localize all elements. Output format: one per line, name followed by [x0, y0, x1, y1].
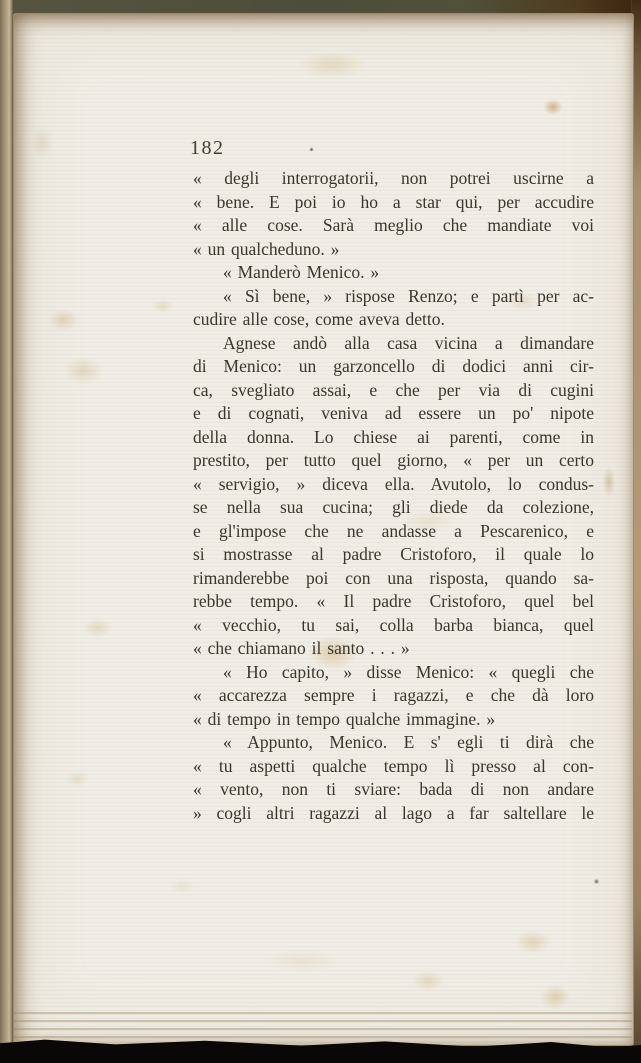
page-stack-left-edge: [0, 0, 13, 1063]
book-scan: 182 « degli interrogatorii, non potrei u…: [0, 0, 641, 1063]
text-line: della donna. Lo chiese ai parenti, come …: [193, 426, 594, 450]
text-line: Agnese andò alla casa vicina a dimandare: [193, 332, 594, 356]
text-line: « tu aspetti qualche tempo lì presso al …: [193, 755, 594, 779]
text-line: e gl'impose che ne andasse a Pescarenico…: [193, 520, 594, 544]
text-line: » cogli altri ragazzi al lago a far salt…: [193, 802, 594, 826]
page-number: 182: [190, 137, 225, 160]
text-line: « di tempo in tempo qualche immagine. »: [193, 708, 594, 732]
text-line: rebbe tempo. « Il padre Cristoforo, quel…: [193, 590, 594, 614]
text-line: rimanderebbe poi con una risposta, quand…: [193, 567, 594, 591]
text-line: prestito, per tutto quel giorno, « per u…: [193, 449, 594, 473]
text-line: « accarezza sempre i ragazzi, e che dà l…: [193, 684, 594, 708]
text-line: « bene. E poi io ho a star qui, per accu…: [193, 191, 594, 215]
text-line: di Menico: un garzoncello di dodici anni…: [193, 355, 594, 379]
page-text: « degli interrogatorii, non potrei uscir…: [193, 167, 594, 825]
text-line: « che chiamano il santo . . . »: [193, 637, 594, 661]
text-line: « alle cose. Sarà meglio che mandiate vo…: [193, 214, 594, 238]
text-line: se nella sua cucina; gli diede da colezi…: [193, 496, 594, 520]
text-line: « degli interrogatorii, non potrei uscir…: [193, 167, 594, 191]
page-stack-bottom-edge: [13, 1006, 632, 1044]
text-line: « Ho capito, » disse Menico: « quegli ch…: [193, 661, 594, 685]
text-line: « Appunto, Menico. E s' egli ti dirà che: [193, 731, 594, 755]
text-line: « vecchio, tu sai, colla barba bianca, q…: [193, 614, 594, 638]
text-line: cudire alle cose, come aveva detto.: [193, 308, 594, 332]
text-line: « Manderò Menico. »: [193, 261, 594, 285]
text-line: « vento, non ti sviare: bada di non anda…: [193, 778, 594, 802]
text-line: « servigio, » diceva ella. Avutolo, lo c…: [193, 473, 594, 497]
text-line: ca, svegliato assai, e che per via di cu…: [193, 379, 594, 403]
text-line: « Sì bene, » rispose Renzo; e partì per …: [193, 285, 594, 309]
text-line: e di cognati, veniva ad essere un po' ni…: [193, 402, 594, 426]
text-line: « un qualcheduno. »: [193, 238, 594, 262]
text-line: si mostrasse al padre Cristoforo, il qua…: [193, 543, 594, 567]
